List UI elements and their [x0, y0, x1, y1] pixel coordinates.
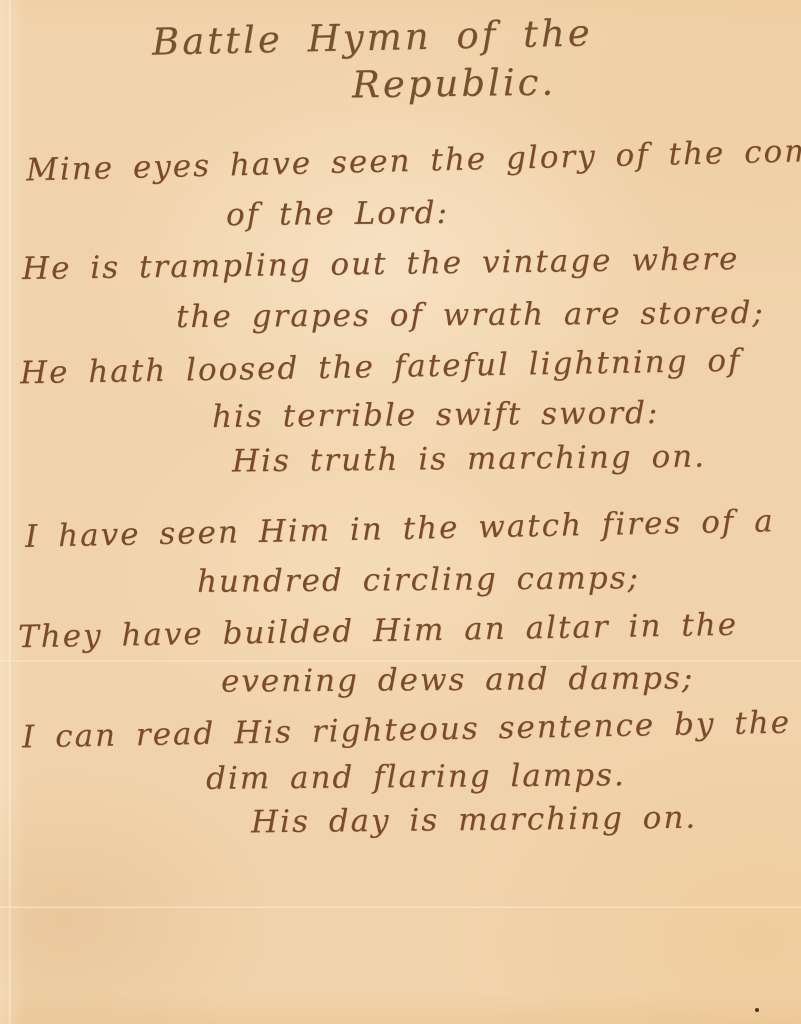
verse-line: of the Lord:	[226, 195, 449, 233]
verse-line: I have seen Him in the watch fires of a	[25, 503, 775, 555]
verse-line: He hath loosed the fateful lightning of	[20, 343, 742, 392]
verse-line: the grapes of wrath are stored;	[176, 295, 765, 335]
title-line-1: Battle Hymn of the	[152, 11, 593, 63]
verse-line: I can read His righteous sentence by the	[22, 705, 792, 756]
verse-line: Mine eyes have seen the glory of the com…	[26, 132, 801, 189]
horizontal-crease	[0, 906, 801, 909]
manuscript-page: Battle Hymn of the Republic. Mine eyes h…	[0, 0, 801, 1024]
ink-speck	[755, 1008, 759, 1012]
verse-line: dim and flaring lamps.	[206, 757, 626, 797]
vertical-crease	[8, 0, 12, 1024]
title-line-2: Republic.	[352, 61, 557, 107]
verse-line: His truth is marching on.	[232, 439, 706, 480]
verse-line: He is trampling out the vintage where	[22, 241, 740, 287]
verse-line: They have builded Him an altar in the	[18, 607, 739, 656]
verse-line: evening dews and damps;	[221, 660, 695, 699]
verse-line: hundred circling camps;	[197, 560, 640, 600]
verse-line: His day is marching on.	[251, 800, 698, 841]
verse-line: his terrible swift sword:	[212, 395, 660, 435]
